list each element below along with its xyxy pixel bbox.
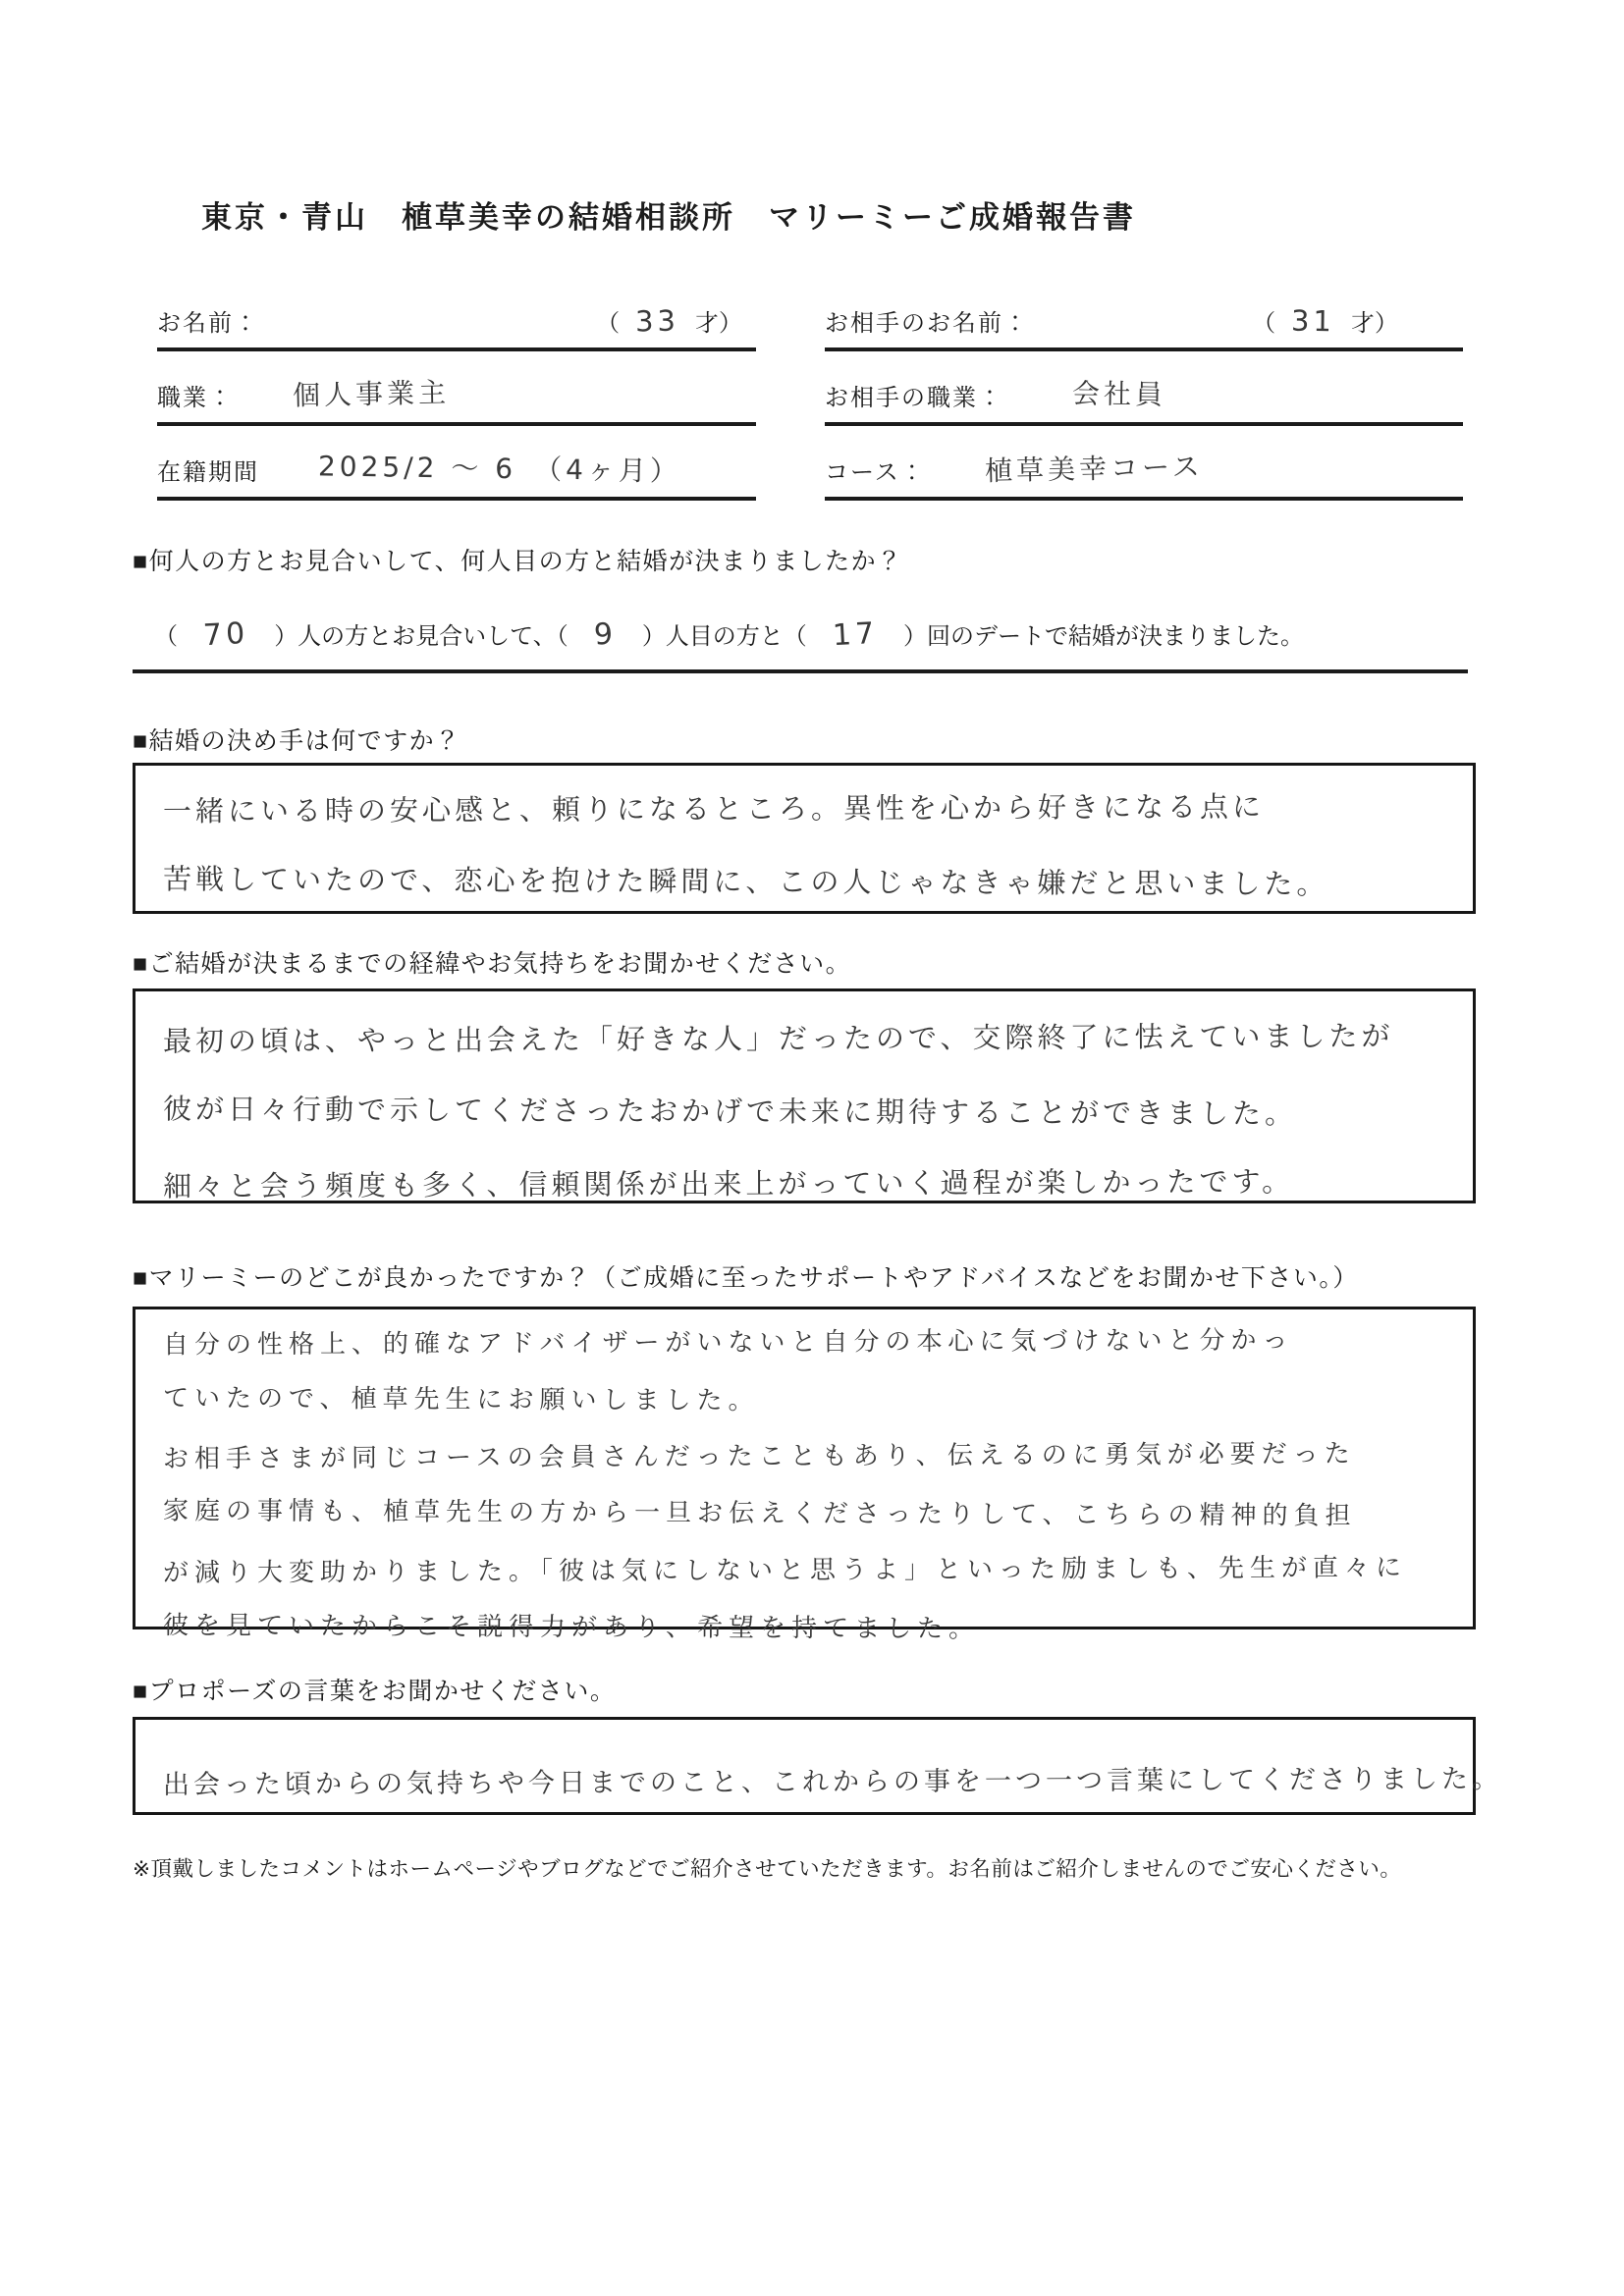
profile-form: お名前： （33才） お相手のお名前： （31才） 職業： 個人事業主 お相手の… [157, 277, 1463, 501]
field-occupation-label: 職業： [157, 378, 234, 412]
printed-segment: ）人目の方と（ [642, 623, 807, 650]
question-2-heading: ■結婚の決め手は何ですか？ [133, 721, 461, 757]
question-4-heading: ■マリーミーのどこが良かったですか？（ご成婚に至ったサポートやアドバイスなどをお… [133, 1258, 1359, 1294]
paren-close: 才） [1351, 310, 1398, 337]
field-name-label: お名前： [157, 303, 259, 338]
field-occupation: 職業： 個人事業主 [157, 351, 756, 426]
partner-number-value: 9 [593, 616, 618, 652]
age-value: 33 [635, 304, 680, 339]
field-partner-occupation-label: お相手の職業： [825, 378, 1003, 412]
date-count-value: 17 [832, 616, 879, 653]
field-partner-age: （31才） [1252, 303, 1463, 338]
handwritten-line: 最初の頃は、やっと出会えた「好きな人」だったので、交際終了に怯えていましたが [163, 1002, 1394, 1075]
printed-segment: （ [154, 623, 178, 650]
printed-segment: ）回のデートで結婚が決まりました。 [903, 623, 1304, 650]
handwritten-line: 苦戦していたので、恋心を抱けた瞬間に、この人じゃなきゃ嫌だと思いました。 [163, 845, 1329, 918]
paren-close: 才） [695, 310, 742, 337]
handwritten-line: 一緒にいる時の安心感と、頼りになるところ。異性を心から好きになる点に [163, 774, 1265, 846]
field-partner-occupation: お相手の職業： 会社員 [825, 351, 1463, 426]
handwritten-line: 細々と会う頻度も多く、信頼関係が出来上がっていく過程が楽しかったです。 [163, 1148, 1294, 1220]
course-value: 植草美幸コース [984, 446, 1203, 490]
field-enrollment-period-label: 在籍期間 [157, 453, 259, 487]
report-title: 東京・青山 植草美幸の結婚相談所 マリーミーご成婚報告書 [201, 192, 1136, 237]
handwritten-line: ていたので、植草先生にお願いしました。 [163, 1373, 760, 1428]
question-4-answer-box: 自分の性格上、的確なアドバイザーがいないと自分の本心に気づけないと分かっ ていた… [133, 1307, 1476, 1629]
handwritten-line: が減り大変助かりました。「彼は気にしないと思うよ」といった励ましも、先生が直々に [163, 1542, 1407, 1600]
question-1-answer-line: （70）人の方とお見合いして、（9）人目の方と（17）回のデートで結婚が決まりま… [133, 616, 1468, 673]
privacy-notice: ※頂戴しましたコメントはホームページやブログなどでご紹介させていただきます。お名… [133, 1852, 1401, 1883]
question-2-answer-box: 一緒にいる時の安心感と、頼りになるところ。異性を心から好きになる点に 苦戦してい… [133, 763, 1476, 914]
handwritten-line: 彼を見ていたからこそ説得力があり、希望を持てました。 [163, 1600, 980, 1656]
handwritten-line: 自分の性格上、的確なアドバイザーがいないと自分の本心に気づけないと分かっ [163, 1314, 1294, 1371]
printed-segment: ）人の方とお見合いして、（ [274, 623, 568, 650]
partner-age-value: 31 [1291, 304, 1335, 339]
field-course-label: コース： [825, 453, 926, 487]
handwritten-line: 出会った頃からの気持ちや今日までのこと、これからの事を一つ一つ言葉にしてくださり… [163, 1758, 1502, 1807]
omiai-count-value: 70 [202, 616, 249, 653]
question-5-answer-box: 出会った頃からの気持ちや今日までのこと、これからの事を一つ一つ言葉にしてくださり… [133, 1717, 1476, 1815]
question-3-heading: ■ご結婚が決まるまでの経緯やお気持ちをお聞かせください。 [133, 944, 851, 980]
handwritten-line: お相手さまが同じコースの会員さんだったこともあり、伝えるのに勇気が必要だった [163, 1428, 1356, 1485]
handwritten-line: 家庭の事情も、植草先生の方から一旦お伝えくださったりして、こちらの精神的負担 [163, 1485, 1357, 1542]
field-enrollment-period: 在籍期間 2025/2 ～ 6 （4ヶ月） [157, 426, 756, 501]
question-1-heading: ■何人の方とお見合いして、何人目の方と結婚が決まりましたか？ [133, 542, 903, 577]
paren-open: （ [1252, 310, 1275, 337]
field-partner-name: お相手のお名前： （31才） [825, 277, 1463, 351]
scanned-marriage-report-page: 東京・青山 植草美幸の結婚相談所 マリーミーご成婚報告書 お名前： （33才） … [0, 0, 1624, 2296]
occupation-value: 個人事業主 [293, 371, 451, 413]
field-partner-name-label: お相手のお名前： [825, 303, 1029, 338]
field-name-age: （33才） [596, 303, 756, 338]
field-course: コース： 植草美幸コース [825, 426, 1463, 501]
field-name: お名前： （33才） [157, 277, 756, 351]
partner-occupation-value: 会社員 [1072, 372, 1167, 412]
paren-open: （ [596, 310, 620, 337]
enrollment-period-value: 2025/2 ～ 6 （4ヶ月） [318, 445, 681, 489]
question-5-heading: ■プロポーズの言葉をお聞かせください。 [133, 1672, 616, 1707]
question-3-answer-box: 最初の頃は、やっと出会えた「好きな人」だったので、交際終了に怯えていましたが 彼… [133, 988, 1476, 1203]
handwritten-line: 彼が日々行動で示してくださったおかげで未来に期待することができました。 [163, 1075, 1297, 1148]
